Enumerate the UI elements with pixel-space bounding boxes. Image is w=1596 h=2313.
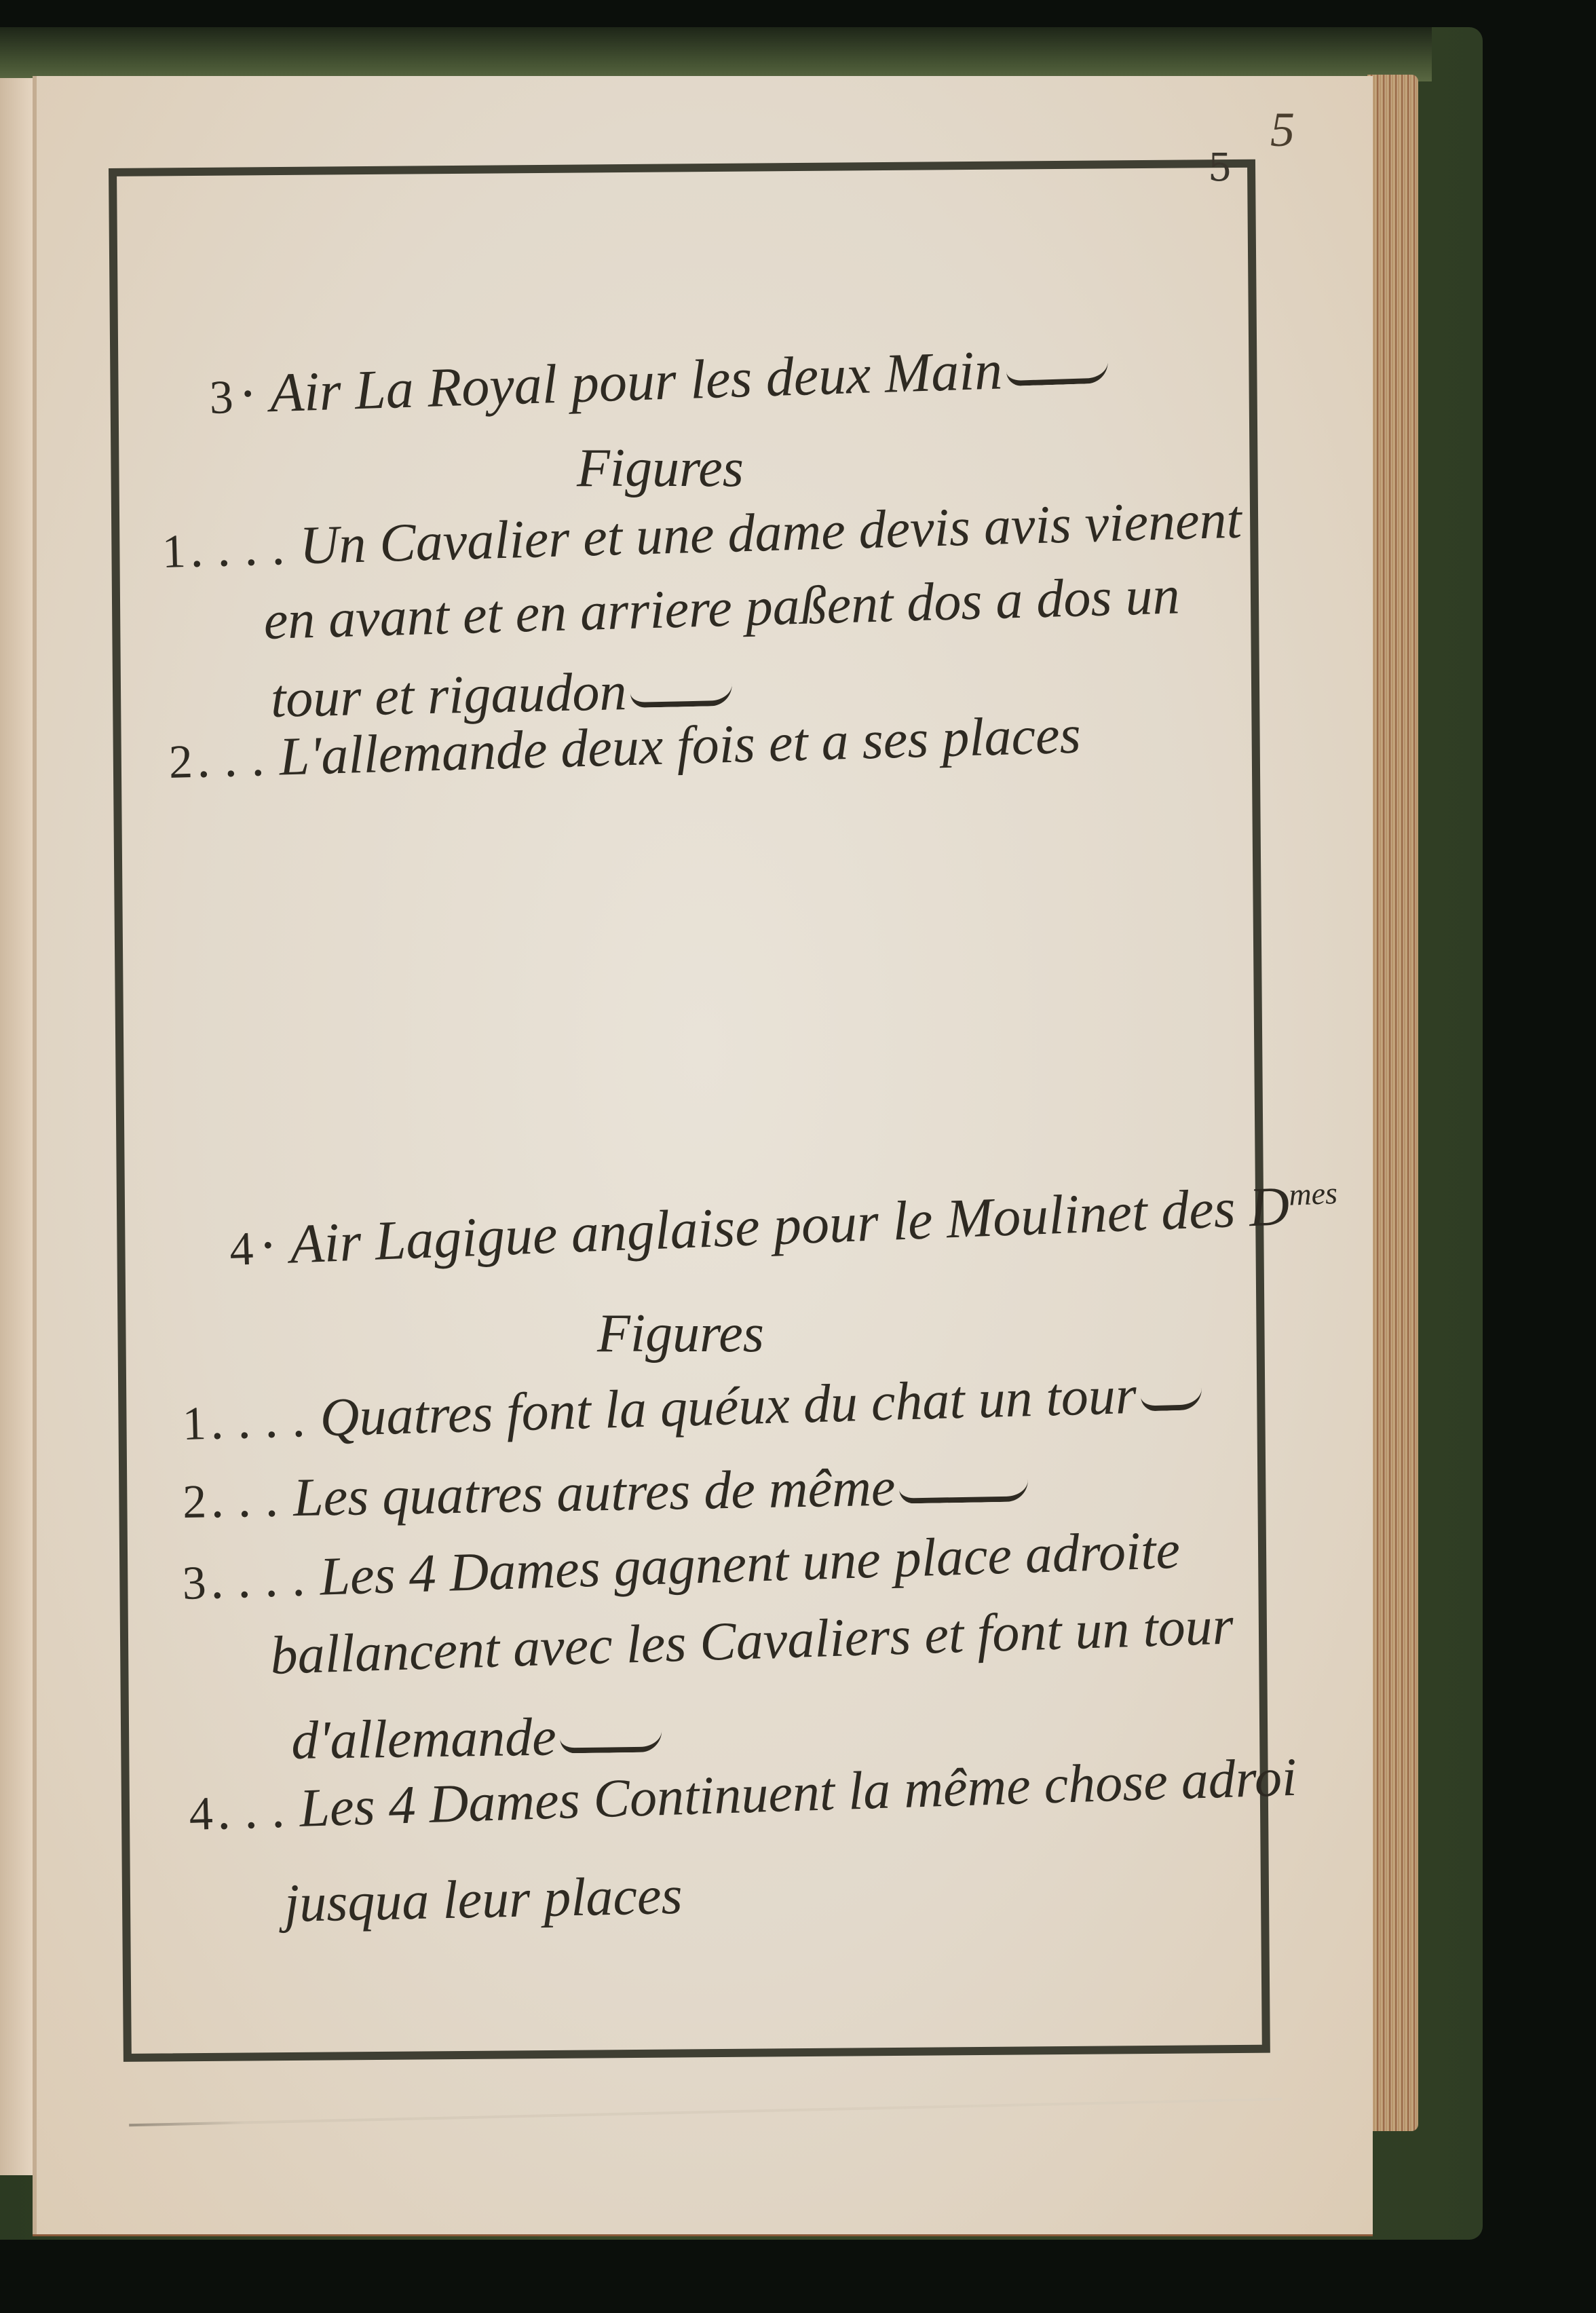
swash-flourish: [1141, 1388, 1202, 1412]
left-page-sliver: [0, 78, 35, 2175]
swash-flourish: [630, 683, 733, 707]
section-number: 4: [229, 1223, 254, 1276]
engraved-page-number: 5: [1208, 146, 1232, 190]
handwritten-page-number: 5: [1270, 102, 1295, 158]
page-fore-edges: [1367, 75, 1418, 2131]
swash-flourish: [899, 1480, 1029, 1503]
figures-subheading: Figures: [577, 438, 744, 500]
swash-flourish: [1006, 362, 1109, 387]
book-cover-top-edge: [0, 27, 1432, 81]
section-number: 3: [208, 371, 233, 424]
superscript-abbreviation: mes: [1288, 1176, 1337, 1212]
figure-line: jusqua leur places: [284, 1865, 683, 1935]
page-gutter: [33, 76, 37, 2234]
figures-subheading: Figures: [597, 1303, 764, 1365]
swash-flourish: [560, 1730, 662, 1753]
figure-line: d'allemande: [291, 1705, 663, 1772]
